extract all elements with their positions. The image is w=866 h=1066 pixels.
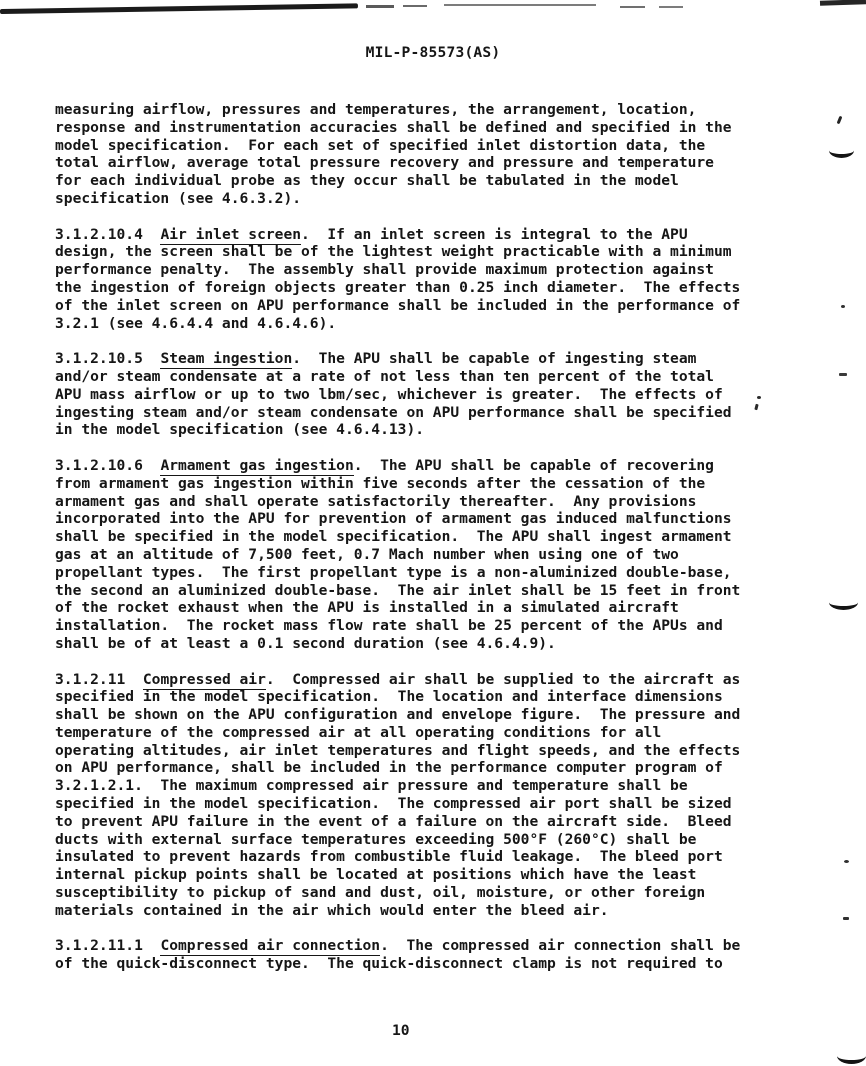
paragraph-text: 3.1.2.10.5	[55, 350, 160, 367]
scan-artifact-top-dash	[659, 6, 683, 8]
section-heading: Steam ingestion	[160, 350, 292, 369]
scan-artifact-top-dash	[444, 4, 596, 6]
scan-artifact-crescent	[829, 595, 858, 610]
paragraph-continuation: measuring airflow, pressures and tempera…	[55, 101, 815, 208]
paragraph-text: 3.1.2.11	[55, 671, 143, 688]
scan-artifact-crescent	[837, 1048, 866, 1064]
paragraph-text: . The APU shall be capable of recovering…	[55, 457, 740, 652]
section-heading: Compressed air connection	[160, 937, 380, 956]
section-heading: Armament gas ingestion	[160, 457, 353, 476]
scan-artifact-top-dash	[403, 5, 427, 7]
document-body: measuring airflow, pressures and tempera…	[55, 101, 815, 973]
paragraph-3-1-2-10-4: 3.1.2.10.4 Air inlet screen. If an inlet…	[55, 226, 815, 333]
scan-artifact-dot	[843, 917, 849, 920]
paragraph-text: 3.1.2.10.4	[55, 226, 160, 243]
paragraph-3-1-2-11-1: 3.1.2.11.1 Compressed air connection. Th…	[55, 937, 815, 973]
paragraph-text: 3.1.2.11.1	[55, 937, 160, 954]
paragraph-3-1-2-10-6: 3.1.2.10.6 Armament gas ingestion. The A…	[55, 457, 815, 653]
paragraph-3-1-2-10-5: 3.1.2.10.5 Steam ingestion. The APU shal…	[55, 350, 815, 439]
scan-artifact-top-line	[0, 3, 358, 14]
scan-artifact-dash	[839, 373, 847, 376]
paragraph-text: 3.1.2.10.6	[55, 457, 160, 474]
scan-artifact-tick	[837, 116, 843, 125]
paragraph-text: measuring airflow, pressures and tempera…	[55, 101, 732, 207]
page-number: 10	[392, 1022, 410, 1039]
paragraph-text: . Compressed air shall be supplied to th…	[55, 671, 740, 919]
section-heading: Compressed air	[143, 671, 266, 690]
scan-artifact-top-corner	[820, 0, 866, 6]
scan-artifact-dot	[844, 860, 849, 863]
scan-artifact-dot	[841, 305, 845, 308]
section-heading: Air inlet screen	[160, 226, 301, 245]
scan-artifact-crescent	[829, 143, 854, 158]
document-page: MIL-P-85573(AS) measuring airflow, press…	[0, 0, 866, 1066]
scan-artifact-top-dash	[366, 5, 394, 8]
paragraph-3-1-2-11: 3.1.2.11 Compressed air. Compressed air …	[55, 671, 815, 920]
doc-id-header: MIL-P-85573(AS)	[0, 44, 866, 61]
scan-artifact-top-dash	[620, 6, 645, 8]
